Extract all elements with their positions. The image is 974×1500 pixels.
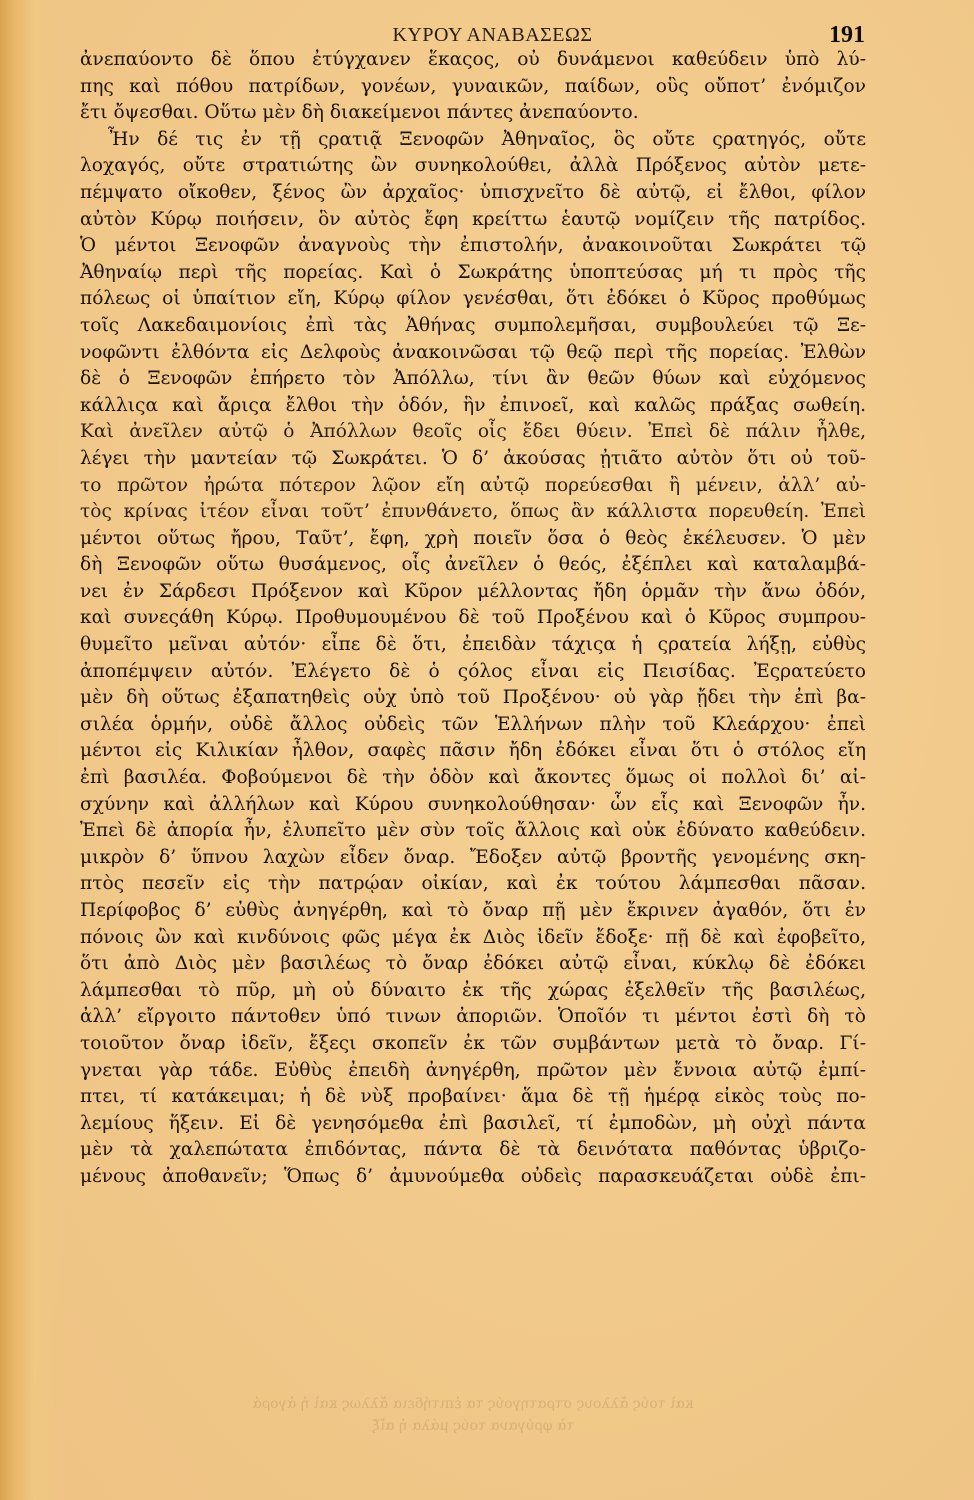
text-line: ἐπὶ βασιλέα. Φοβούμενοι δὲ τὴν ὁδὸν καὶ … — [80, 765, 866, 792]
text-line: ἔτι ὄψεσθαι. Οὕτω μὲν δὴ διακείμενοι πάν… — [80, 100, 866, 127]
book-page: ΚΥΡΟΥ ΑΝΑΒΑΣΕΩΣ 191 ἀνεπαύοντο δὲ ὅπου ἐ… — [0, 0, 974, 1500]
text-line: λέγει τὴν μαντείαν τῷ Σωκράτει. Ὁ δ’ ἀκο… — [80, 446, 866, 473]
bleed-through-text: καὶ τούς ἄλλους στρατηγούς τα ἐπιτήδεια … — [80, 1393, 866, 1437]
text-line: τοῖς Λακεδαιμονίοις ἐπὶ τὰς Ἀθήνας συμπο… — [80, 313, 866, 340]
text-line: πόλεως οἱ ὑπαίτιον εἴη, Κύρῳ φίλον γενέσ… — [80, 286, 866, 313]
smudged-text-line: τὸς κρίνας ἰτέον εἶναι τοῦτ’ ἐπυνθάνετο,… — [80, 499, 866, 526]
text-line: ὅτι ἀπὸ Διὸς μὲν βασιλέως τὸ ὄναρ ἐδόκει… — [80, 951, 866, 978]
text-line: καὶ συνεςάθη Κύρῳ. Προθυμουμένου δὲ τοῦ … — [80, 605, 866, 632]
text-line: μὲν δὴ οὕτως ἐξαπατηθεὶς οὐχ ὑπὸ τοῦ Προ… — [80, 685, 866, 712]
text-line: ἀλλ’ εἴργοιτο πάντοθεν ὑπό τινων ἀποριῶν… — [80, 1004, 866, 1031]
text-line: νει ἐν Σάρδεσι Πρόξενον καὶ Κῦρον μέλλον… — [80, 579, 866, 606]
text-line: Ἐπεὶ δὲ ἀπορία ἦν, ἐλυπεῖτο μὲν σὺν τοῖς… — [80, 818, 866, 845]
running-title: ΚΥΡΟΥ ΑΝΑΒΑΣΕΩΣ — [80, 24, 865, 47]
text-line: μικρὸν δ’ ὕπνου λαχὼν εἶδεν ὄναρ. Ἔδοξεν… — [80, 845, 866, 872]
text-line: πτὸς πεσεῖν εἰς τὴν πατρῴαν οἰκίαν, καὶ … — [80, 871, 866, 898]
text-line: λεμίους ἥξειν. Εἰ δὲ γενησόμεθα ἐπὶ βασι… — [80, 1111, 866, 1138]
text-line: μέντοι εἰς Κιλικίαν ἦλθον, σαφὲς πᾶσιν ἤ… — [80, 738, 866, 765]
text-line: πτει, τί κατάκειμαι; ἡ δὲ νὺξ προβαίνει·… — [80, 1084, 866, 1111]
text-line: πης καὶ πόθου πατρίδων, γονέων, γυναικῶν… — [80, 74, 866, 101]
text-line: τοιοῦτον ὄναρ ἰδεῖν, ἔξεςι σκοπεῖν ἐκ τῶ… — [80, 1031, 866, 1058]
bleed-through-line: τὰ φρύγανα τούς μάλα ἡ αἴξ — [80, 1415, 866, 1437]
text-line: δὲ ὁ Ξενοφῶν ἐπήρετο τὸν Ἀπόλλω, τίνι ἂν… — [80, 366, 866, 393]
paragraph-start-line: Ἦν δέ τις ἐν τῇ ςρατιᾷ Ξενοφῶν Ἀθηναῖος,… — [80, 127, 866, 154]
text-line: κάλλιςα καὶ ἄριςα ἔλθοι τὴν ὁδόν, ἣν ἐπι… — [80, 393, 866, 420]
page-number: 191 — [829, 22, 865, 49]
text-line: λάμπεσθαι τὸ πῦρ, μὴ οὐ δύναιτο ἐκ τῆς χ… — [80, 978, 866, 1005]
text-line: Ἀθηναίῳ περὶ τῆς πορείας. Καὶ ὁ Σωκράτης… — [80, 260, 866, 287]
text-line: αὐτὸν Κύρῳ ποιήσειν, ὃν αὐτὸς ἔφη κρείττ… — [80, 207, 866, 234]
smudged-text-line: το πρῶτον ἠρώτα πότερον λῷον εἴη αὐτῷ πο… — [80, 473, 866, 500]
text-line: μένους ἀποθανεῖν; Ὅπως δ’ ἀμυνούμεθα οὐδ… — [80, 1164, 866, 1191]
text-line: μὲν τὰ χαλεπώτατα ἐπιδόντας, πάντα δὲ τὰ… — [80, 1137, 866, 1164]
text-line: θυμεῖτο μεῖναι αὐτόν· εἶπε δὲ ὅτι, ἐπειδ… — [80, 632, 866, 659]
text-line: δὴ Ξενοφῶν οὕτω θυσάμενος, οἷς ἀνεῖλεν ὁ… — [80, 552, 866, 579]
text-line: ἀποπέμψειν αὐτόν. Ἐλέγετο δὲ ὁ ςόλος εἶν… — [80, 659, 866, 686]
bleed-through-line: καὶ τούς ἄλλους στρατηγούς τα ἐπιτήδεια … — [80, 1393, 866, 1415]
text-line: λοχαγός, οὔτε στρατιώτης ὢν συνηκολούθει… — [80, 153, 866, 180]
smudged-text-line: Καὶ ἀνεῖλεν αὐτῷ ὁ Ἀπόλλων θεοῖς οἷς ἔδε… — [80, 419, 866, 446]
body-text: ἀνεπαύοντο δὲ ὅπου ἐτύγχανεν ἕκαςος, οὐ … — [80, 47, 866, 1191]
text-line: Περίφοβος δ’ εὐθὺς ἀνηγέρθη, καὶ τὸ ὄναρ… — [80, 898, 866, 925]
text-line: Ὁ μέντοι Ξενοφῶν ἀναγνοὺς τὴν ἐπιστολήν,… — [80, 233, 866, 260]
text-line: γνεται γὰρ τάδε. Εὐθὺς ἐπειδὴ ἀνηγέρθη, … — [80, 1058, 866, 1085]
text-line: πόνοις ὢν καὶ κινδύνοις φῶς μέγα ἐκ Διὸς… — [80, 925, 866, 952]
text-line: πέμψατο οἴκοθεν, ξένος ὢν ἀρχαῖος· ὑπισχ… — [80, 180, 866, 207]
text-line: νοφῶντι ἐλθόντα εἰς Δελφοὺς ἀνακοινῶσαι … — [80, 340, 866, 367]
text-line: μέντοι οὕτως ἤρου, Ταῦτ’, ἔφη, χρὴ ποιεῖ… — [80, 526, 866, 553]
text-line: ἀνεπαύοντο δὲ ὅπου ἐτύγχανεν ἕκαςος, οὐ … — [80, 47, 866, 74]
text-line: σχύνην καὶ ἀλλήλων καὶ Κύρου συνηκολούθη… — [80, 792, 866, 819]
text-line: σιλέα ὁρμήν, οὐδὲ ἄλλος οὐδεὶς τῶν Ἑλλήν… — [80, 712, 866, 739]
